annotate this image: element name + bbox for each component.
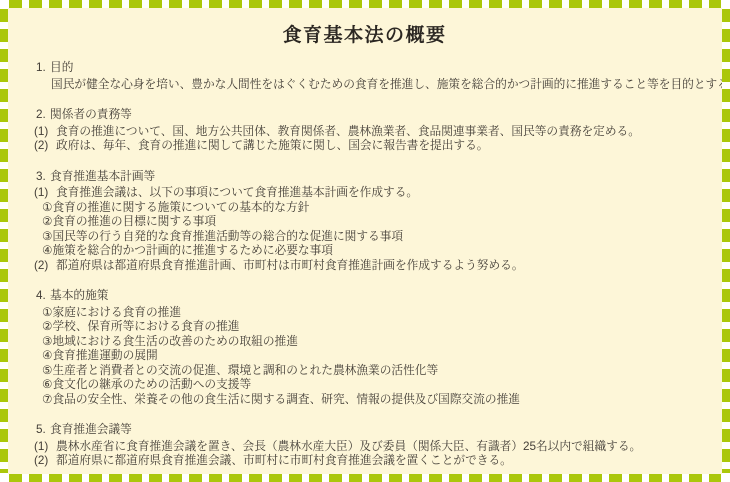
text-line: (1)食育推進会議は、以下の事項について食育推進基本計画を作成する。: [21, 186, 708, 201]
item-marker: (2): [34, 139, 56, 154]
text-line: (2)都道府県に都道府県食育推進会議、市町村に市町村食育推進会議を置くことができ…: [21, 454, 708, 469]
item-text: 政府は、毎年、食育の推進に関して講じた施策に関し、国会に報告書を提出する。: [56, 139, 488, 152]
text-line: ④施策を総合的かつ計画的に推進するために必要な事項: [21, 244, 708, 259]
section-number: 4.: [36, 289, 50, 304]
section-purpose: 1.目的 国民が健全な心身を培い、豊かな人間性をはぐくむための食育を推進し、施策…: [21, 61, 708, 92]
section-title: 食育推進会議等: [50, 423, 132, 436]
text-line: (1)農林水産省に食育推進会議を置き、会長（農林水産大臣）及び委員（関係大臣、有…: [21, 440, 708, 455]
text-line: ⑦食品の安全性、栄養その他の食生活に関する調査、研究、情報の提供及び国際交流の推…: [21, 393, 708, 408]
document-page: 食育基本法の概要 1.目的 国民が健全な心身を培い、豊かな人間性をはぐくむための…: [0, 0, 730, 482]
section-basic-measures: 4.基本的施策 ①家庭における食育の推進 ②学校、保育所等における食育の推進 ③…: [21, 289, 708, 407]
section-heading: 2.関係者の責務等: [21, 108, 708, 123]
text-line: ⑤生産者と消費者との交流の促進、環境と調和のとれた農林漁業の活性化等: [21, 364, 708, 379]
text-line: ①家庭における食育の推進: [21, 306, 708, 321]
section-title: 関係者の責務等: [50, 108, 132, 121]
section-heading: 1.目的: [21, 61, 708, 76]
item-text: 食育の推進について、国、地方公共団体、教育関係者、農林漁業者、食品関連事業者、国…: [56, 125, 640, 138]
text-line: ④食育推進運動の展開: [21, 349, 708, 364]
text-line: (1)食育の推進について、国、地方公共団体、教育関係者、農林漁業者、食品関連事業…: [21, 125, 708, 140]
text-line: (2)政府は、毎年、食育の推進に関して講じた施策に関し、国会に報告書を提出する。: [21, 139, 708, 154]
section-number: 2.: [36, 108, 50, 123]
text-line: 国民が健全な心身を培い、豊かな人間性をはぐくむための食育を推進し、施策を総合的か…: [21, 78, 708, 93]
section-number: 1.: [36, 61, 50, 76]
item-marker: (1): [34, 440, 56, 455]
section-basic-plan: 3.食育推進基本計画等 (1)食育推進会議は、以下の事項について食育推進基本計画…: [21, 170, 708, 274]
item-marker: (2): [34, 454, 56, 469]
section-council: 5.食育推進会議等 (1)農林水産省に食育推進会議を置き、会長（農林水産大臣）及…: [21, 423, 708, 469]
item-text: 都道府県は都道府県食育推進計画、市町村は市町村食育推進計画を作成するよう努める。: [56, 259, 524, 272]
section-title: 基本的施策: [50, 289, 108, 302]
section-number: 5.: [36, 423, 50, 438]
item-marker: (1): [34, 186, 56, 201]
item-text: 農林水産省に食育推進会議を置き、会長（農林水産大臣）及び委員（関係大臣、有識者）…: [56, 440, 641, 453]
item-marker: (1): [34, 125, 56, 140]
dashed-border-right: [722, 9, 730, 473]
text-line: ③国民等の行う自発的な食育推進活動等の総合的な促進に関する事項: [21, 230, 708, 245]
section-heading: 4.基本的施策: [21, 289, 708, 304]
dashed-border-bottom: [9, 474, 721, 482]
item-text: 都道府県に都道府県食育推進会議、市町村に市町村食育推進会議を置くことができる。: [56, 454, 512, 467]
dashed-border-left: [0, 9, 8, 473]
section-heading: 3.食育推進基本計画等: [21, 170, 708, 185]
text-line: ②学校、保育所等における食育の推進: [21, 320, 708, 335]
section-title: 食育推進基本計画等: [50, 170, 155, 183]
item-text: 食育推進会議は、以下の事項について食育推進基本計画を作成する。: [56, 186, 418, 199]
section-heading: 5.食育推進会議等: [21, 423, 708, 438]
page-title: 食育基本法の概要: [21, 23, 708, 49]
section-number: 3.: [36, 170, 50, 185]
dashed-border-top: [9, 0, 721, 8]
item-marker: (2): [34, 259, 56, 274]
section-title: 目的: [50, 61, 73, 74]
document-sheet: 食育基本法の概要 1.目的 国民が健全な心身を培い、豊かな人間性をはぐくむための…: [8, 8, 722, 474]
text-line: ③地域における食生活の改善のための取組の推進: [21, 335, 708, 350]
text-line: ①食育の推進に関する施策についての基本的な方針: [21, 201, 708, 216]
text-line: ⑥食文化の継承のための活動への支援等: [21, 378, 708, 393]
text-line: ②食育の推進の目標に関する事項: [21, 215, 708, 230]
section-responsibilities: 2.関係者の責務等 (1)食育の推進について、国、地方公共団体、教育関係者、農林…: [21, 108, 708, 154]
text-line: (2)都道府県は都道府県食育推進計画、市町村は市町村食育推進計画を作成するよう努…: [21, 259, 708, 274]
